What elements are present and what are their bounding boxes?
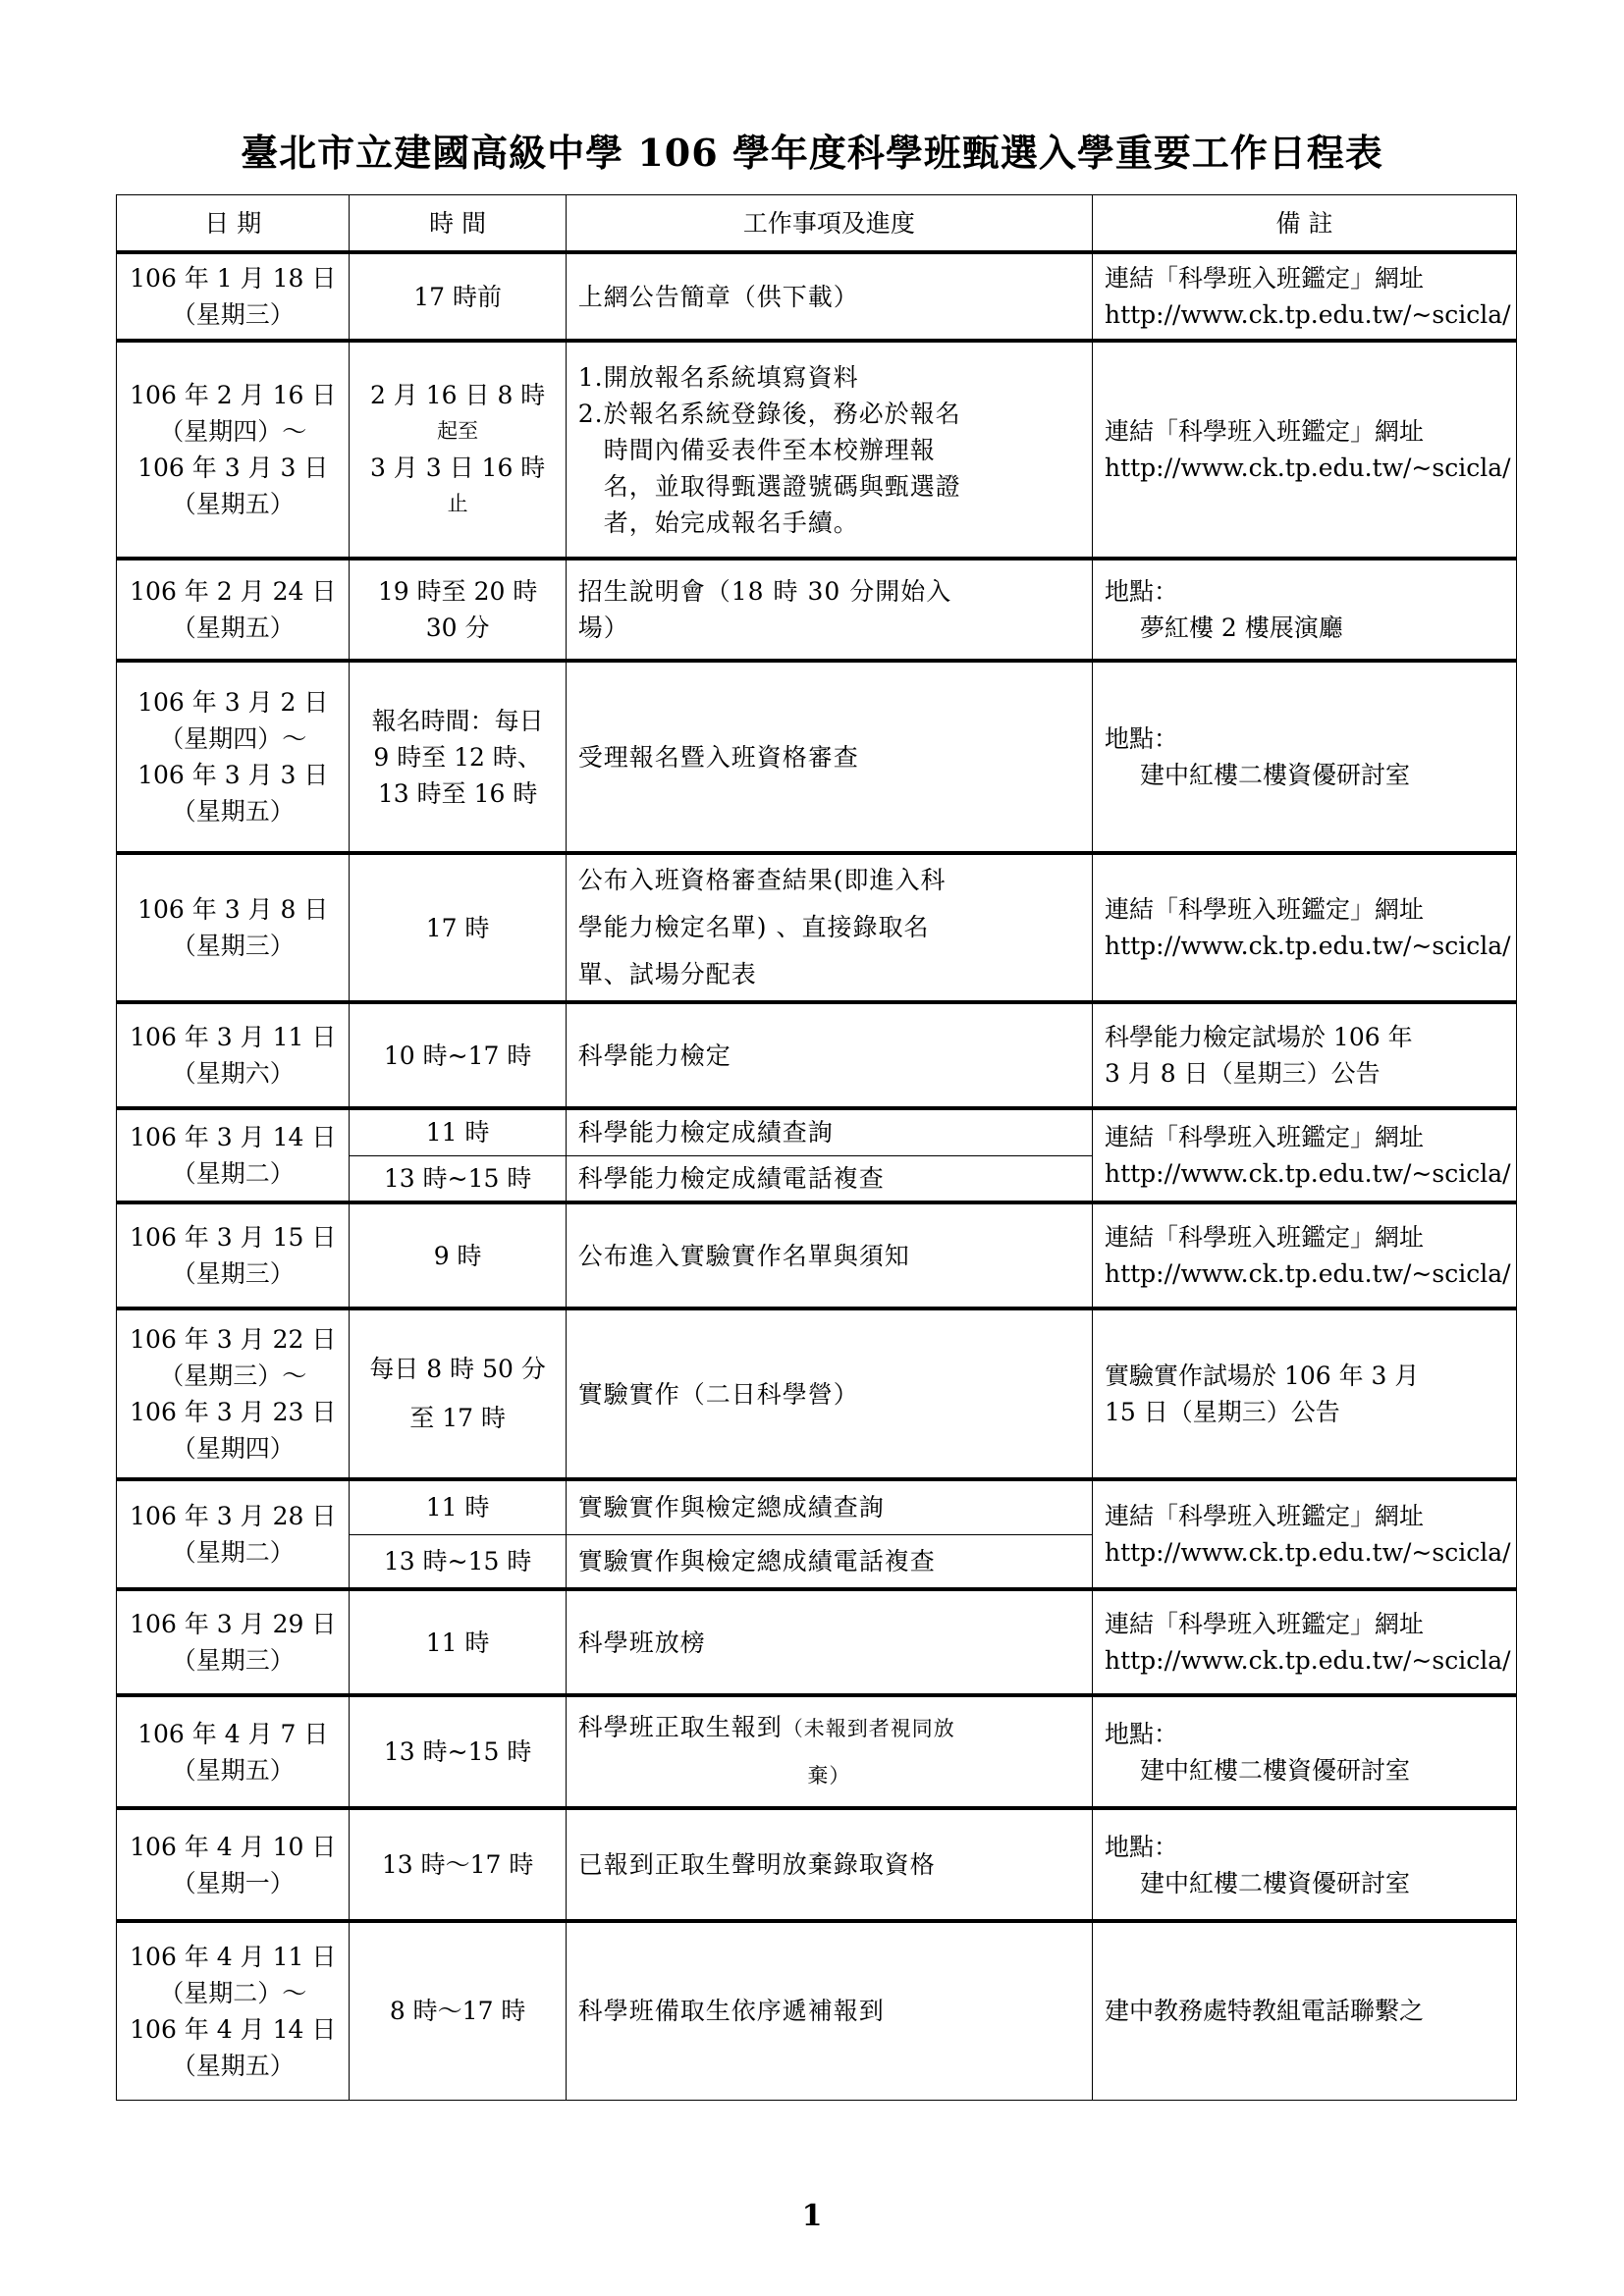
note-line: 15 日（星期三）公告 — [1105, 1394, 1504, 1430]
task-line: 時間內備妥表件至本校辦理報 — [578, 432, 1080, 468]
time-cell: 11 時 — [350, 1479, 566, 1534]
task-cell: 公布入班資格審查結果(即進入科 學能力檢定名單) 、直接錄取名 單、試場分配表 — [566, 853, 1092, 1002]
note-line: 連結「科學班入班鑑定」網址 — [1105, 1219, 1504, 1255]
time-cell: 11 時 — [350, 1589, 566, 1695]
note-cell: 連結「科學班入班鑑定」網址 http://www.ck.tp.edu.tw/~s… — [1092, 1589, 1516, 1695]
note-cell: 連結「科學班入班鑑定」網址 http://www.ck.tp.edu.tw/~s… — [1092, 252, 1516, 341]
date-cell: 106 年 4 月 11 日 （星期二）～ 106 年 4 月 14 日 （星期… — [117, 1921, 350, 2100]
weekday-line: （星期五） — [129, 2048, 337, 2084]
table-row: 106 年 3 月 15 日 （星期三） 9 時 公布進入實驗實作名單與須知 連… — [117, 1202, 1517, 1308]
task-note: 棄） — [578, 1752, 1080, 1799]
note-cell: 連結「科學班入班鑑定」網址 http://www.ck.tp.edu.tw/~s… — [1092, 1202, 1516, 1308]
date-cell: 106 年 3 月 15 日 （星期三） — [117, 1202, 350, 1308]
table-row: 106 年 3 月 8 日 （星期三） 17 時 公布入班資格審查結果(即進入科… — [117, 853, 1517, 1002]
time-cell: 19 時至 20 時 30 分 — [350, 559, 566, 661]
note-line: 連結「科學班入班鑑定」網址 — [1105, 1498, 1504, 1534]
weekday-line: （星期三）～ — [129, 1358, 337, 1394]
task-cell: 公布進入實驗實作名單與須知 — [566, 1202, 1092, 1308]
note-cell: 建中教務處特教組電話聯繫之 — [1092, 1921, 1516, 2100]
time-line: 起至 — [361, 413, 553, 450]
note-cell: 地點： 建中紅樓二樓資優研討室 — [1092, 1695, 1516, 1808]
note-cell: 連結「科學班入班鑑定」網址 http://www.ck.tp.edu.tw/~s… — [1092, 1479, 1516, 1589]
schedule-table: 日 期 時 間 工作事項及進度 備 註 106 年 1 月 18 日 （星期三）… — [116, 194, 1517, 2101]
task-cell: 實驗實作（二日科學營） — [566, 1308, 1092, 1479]
task-cell: 已報到正取生聲明放棄錄取資格 — [566, 1808, 1092, 1921]
task-cell: 科學能力檢定成績電話複查 — [566, 1155, 1092, 1202]
date-cell: 106 年 3 月 11 日 （星期六） — [117, 1002, 350, 1108]
date-line: 106 年 3 月 15 日 — [129, 1219, 337, 1255]
note-line: 連結「科學班入班鑑定」網址 — [1105, 413, 1504, 450]
note-cell: 連結「科學班入班鑑定」網址 http://www.ck.tp.edu.tw/~s… — [1092, 341, 1516, 559]
date-line: 106 年 3 月 8 日 — [129, 891, 337, 928]
task-cell: 招生說明會（18 時 30 分開始入 場） — [566, 559, 1092, 661]
date-line: 106 年 3 月 3 日 — [129, 450, 337, 486]
date-cell: 106 年 2 月 16 日 （星期四）～ 106 年 3 月 3 日 （星期五… — [117, 341, 350, 559]
time-cell: 8 時～17 時 — [350, 1921, 566, 2100]
time-line: 19 時至 20 時 — [361, 573, 553, 610]
date-line: 106 年 2 月 24 日 — [129, 573, 337, 610]
time-line: 13 時至 16 時 — [361, 775, 553, 812]
weekday-line: （星期三） — [129, 1642, 337, 1679]
header-row: 日 期 時 間 工作事項及進度 備 註 — [117, 195, 1517, 253]
date-cell: 106 年 4 月 10 日 （星期一） — [117, 1808, 350, 1921]
table-row: 106 年 3 月 28 日 （星期二） 11 時 實驗實作與檢定總成績查詢 連… — [117, 1479, 1517, 1534]
note-cell: 連結「科學班入班鑑定」網址 http://www.ck.tp.edu.tw/~s… — [1092, 853, 1516, 1002]
time-cell: 13 時～17 時 — [350, 1808, 566, 1921]
weekday-line: （星期三） — [129, 296, 337, 333]
date-line: 106 年 3 月 29 日 — [129, 1606, 337, 1642]
table-row: 106 年 3 月 29 日 （星期三） 11 時 科學班放榜 連結「科學班入班… — [117, 1589, 1517, 1695]
task-cell: 實驗實作與檢定總成績電話複查 — [566, 1534, 1092, 1589]
task-cell: 受理報名暨入班資格審查 — [566, 661, 1092, 853]
table-row: 106 年 4 月 7 日 （星期五） 13 時~15 時 科學班正取生報到（未… — [117, 1695, 1517, 1808]
task-line: 場） — [578, 610, 1080, 646]
header-note: 備 註 — [1092, 195, 1516, 253]
date-line: 106 年 3 月 14 日 — [129, 1119, 337, 1155]
note-url: http://www.ck.tp.edu.tw/~scicla/ — [1105, 928, 1504, 964]
time-line: 止 — [361, 486, 553, 522]
table-row: 106 年 2 月 24 日 （星期五） 19 時至 20 時 30 分 招生說… — [117, 559, 1517, 661]
header-time: 時 間 — [350, 195, 566, 253]
note-url: http://www.ck.tp.edu.tw/~scicla/ — [1105, 296, 1504, 333]
time-cell: 17 時 — [350, 853, 566, 1002]
note-url: http://www.ck.tp.edu.tw/~scicla/ — [1105, 450, 1504, 486]
date-cell: 106 年 3 月 22 日 （星期三）～ 106 年 3 月 23 日 （星期… — [117, 1308, 350, 1479]
table-row: 106 年 4 月 10 日 （星期一） 13 時～17 時 已報到正取生聲明放… — [117, 1808, 1517, 1921]
date-cell: 106 年 3 月 28 日 （星期二） — [117, 1479, 350, 1589]
weekday-line: （星期五） — [129, 1752, 337, 1789]
note-cell: 實驗實作試場於 106 年 3 月 15 日（星期三）公告 — [1092, 1308, 1516, 1479]
table-row: 106 年 2 月 16 日 （星期四）～ 106 年 3 月 3 日 （星期五… — [117, 341, 1517, 559]
task-line: 招生說明會（18 時 30 分開始入 — [578, 573, 1080, 610]
task-cell: 科學能力檢定成績查詢 — [566, 1108, 1092, 1155]
note-cell: 地點： 夢紅樓 2 樓展演廳 — [1092, 559, 1516, 661]
task-line: 單、試場分配表 — [578, 951, 1080, 998]
weekday-line: （星期五） — [129, 486, 337, 522]
task-line: 公布入班資格審查結果(即進入科 — [578, 857, 1080, 904]
weekday-line: （星期二） — [129, 1534, 337, 1571]
table-row: 106 年 3 月 2 日 （星期四）～ 106 年 3 月 3 日 （星期五）… — [117, 661, 1517, 853]
weekday-line: （星期四）～ — [129, 413, 337, 450]
note-line: 連結「科學班入班鑑定」網址 — [1105, 891, 1504, 928]
date-cell: 106 年 1 月 18 日 （星期三） — [117, 252, 350, 341]
table-row: 106 年 3 月 22 日 （星期三）～ 106 年 3 月 23 日 （星期… — [117, 1308, 1517, 1479]
time-cell: 2 月 16 日 8 時 起至 3 月 3 日 16 時 止 — [350, 341, 566, 559]
task-cell: 1.開放報名系統填寫資料 2.於報名系統登錄後，務必於報名 時間內備妥表件至本校… — [566, 341, 1092, 559]
weekday-line: （星期三） — [129, 1255, 337, 1292]
weekday-line: （星期二） — [129, 1155, 337, 1192]
header-task: 工作事項及進度 — [566, 195, 1092, 253]
weekday-line: （星期五） — [129, 793, 337, 829]
task-line: 2.於報名系統登錄後，務必於報名 — [578, 396, 1080, 432]
task-line: 1.開放報名系統填寫資料 — [578, 359, 1080, 396]
note-cell: 連結「科學班入班鑑定」網址 http://www.ck.tp.edu.tw/~s… — [1092, 1108, 1516, 1202]
time-cell: 報名時間：每日 9 時至 12 時、 13 時至 16 時 — [350, 661, 566, 853]
date-cell: 106 年 3 月 14 日 （星期二） — [117, 1108, 350, 1202]
time-cell: 每日 8 時 50 分 至 17 時 — [350, 1308, 566, 1479]
task-line: 科學班正取生報到 — [578, 1713, 783, 1741]
date-line: 106 年 2 月 16 日 — [129, 377, 337, 413]
time-line: 30 分 — [361, 610, 553, 646]
weekday-line: （星期一） — [129, 1865, 337, 1901]
date-cell: 106 年 4 月 7 日 （星期五） — [117, 1695, 350, 1808]
note-line: 連結「科學班入班鑑定」網址 — [1105, 260, 1504, 296]
time-cell: 13 時~15 時 — [350, 1155, 566, 1202]
weekday-line: （星期五） — [129, 610, 337, 646]
table-row: 106 年 3 月 11 日 （星期六） 10 時~17 時 科學能力檢定 科學… — [117, 1002, 1517, 1108]
note-cell: 科學能力檢定試場於 106 年 3 月 8 日（星期三）公告 — [1092, 1002, 1516, 1108]
task-cell: 上網公告簡章（供下載） — [566, 252, 1092, 341]
note-location: 建中紅樓二樓資優研討室 — [1105, 1752, 1504, 1789]
header-date: 日 期 — [117, 195, 350, 253]
date-cell: 106 年 2 月 24 日 （星期五） — [117, 559, 350, 661]
date-line: 106 年 4 月 11 日 — [129, 1939, 337, 1975]
note-url: http://www.ck.tp.edu.tw/~scicla/ — [1105, 1534, 1504, 1571]
note-location: 建中紅樓二樓資優研討室 — [1105, 757, 1504, 793]
note-line: 實驗實作試場於 106 年 3 月 — [1105, 1358, 1504, 1394]
table-row: 106 年 1 月 18 日 （星期三） 17 時前 上網公告簡章（供下載） 連… — [117, 252, 1517, 341]
date-line: 106 年 3 月 2 日 — [129, 684, 337, 721]
date-cell: 106 年 3 月 2 日 （星期四）～ 106 年 3 月 3 日 （星期五） — [117, 661, 350, 853]
table-row: 106 年 4 月 11 日 （星期二）～ 106 年 4 月 14 日 （星期… — [117, 1921, 1517, 2100]
time-cell: 11 時 — [350, 1108, 566, 1155]
note-url: http://www.ck.tp.edu.tw/~scicla/ — [1105, 1642, 1504, 1679]
time-cell: 17 時前 — [350, 252, 566, 341]
table-row: 106 年 3 月 14 日 （星期二） 11 時 科學能力檢定成績查詢 連結「… — [117, 1108, 1517, 1155]
note-url: http://www.ck.tp.edu.tw/~scicla/ — [1105, 1155, 1504, 1192]
note-location: 夢紅樓 2 樓展演廳 — [1105, 610, 1504, 646]
date-cell: 106 年 3 月 29 日 （星期三） — [117, 1589, 350, 1695]
date-line: 106 年 4 月 14 日 — [129, 2011, 337, 2048]
task-line: 者，始完成報名手續。 — [578, 505, 1080, 541]
task-line: 名，並取得甄選證號碼與甄選證 — [578, 468, 1080, 505]
date-line: 106 年 3 月 11 日 — [129, 1019, 337, 1055]
task-cell: 科學班放榜 — [566, 1589, 1092, 1695]
date-line: 106 年 3 月 28 日 — [129, 1498, 337, 1534]
date-cell: 106 年 3 月 8 日 （星期三） — [117, 853, 350, 1002]
task-line: 學能力檢定名單) 、直接錄取名 — [578, 904, 1080, 951]
note-url: http://www.ck.tp.edu.tw/~scicla/ — [1105, 1255, 1504, 1292]
document-title: 臺北市立建國高級中學 106 學年度科學班甄選入學重要工作日程表 — [0, 123, 1624, 177]
date-line: 106 年 1 月 18 日 — [129, 260, 337, 296]
note-label: 地點： — [1105, 573, 1504, 610]
note-label: 地點： — [1105, 721, 1504, 757]
note-line: 連結「科學班入班鑑定」網址 — [1105, 1119, 1504, 1155]
task-note: （未報到者視同放 — [783, 1717, 955, 1740]
weekday-line: （星期六） — [129, 1055, 337, 1092]
weekday-line: （星期四） — [129, 1430, 337, 1467]
note-label: 地點： — [1105, 1716, 1504, 1752]
time-cell: 10 時~17 時 — [350, 1002, 566, 1108]
date-line: 106 年 3 月 23 日 — [129, 1394, 337, 1430]
task-cell: 科學能力檢定 — [566, 1002, 1092, 1108]
time-line: 9 時至 12 時、 — [361, 739, 553, 775]
note-line: 科學能力檢定試場於 106 年 — [1105, 1019, 1504, 1055]
weekday-line: （星期三） — [129, 928, 337, 964]
note-cell: 地點： 建中紅樓二樓資優研討室 — [1092, 1808, 1516, 1921]
weekday-line: （星期二）～ — [129, 1975, 337, 2011]
task-cell: 科學班正取生報到（未報到者視同放 棄） — [566, 1695, 1092, 1808]
time-cell: 13 時~15 時 — [350, 1695, 566, 1808]
note-location: 建中紅樓二樓資優研討室 — [1105, 1865, 1504, 1901]
note-cell: 地點： 建中紅樓二樓資優研討室 — [1092, 661, 1516, 853]
task-cell: 實驗實作與檢定總成績查詢 — [566, 1479, 1092, 1534]
date-line: 106 年 4 月 7 日 — [129, 1716, 337, 1752]
note-line: 連結「科學班入班鑑定」網址 — [1105, 1606, 1504, 1642]
time-cell: 13 時~15 時 — [350, 1534, 566, 1589]
time-cell: 9 時 — [350, 1202, 566, 1308]
page-number: 1 — [0, 2199, 1624, 2233]
time-line: 報名時間：每日 — [361, 703, 553, 739]
date-line: 106 年 3 月 3 日 — [129, 757, 337, 793]
time-line: 每日 8 時 50 分 — [361, 1345, 553, 1394]
weekday-line: （星期四）～ — [129, 721, 337, 757]
task-cell: 科學班備取生依序遞補報到 — [566, 1921, 1092, 2100]
date-line: 106 年 3 月 22 日 — [129, 1321, 337, 1358]
time-line: 至 17 時 — [361, 1394, 553, 1443]
note-line: 3 月 8 日（星期三）公告 — [1105, 1055, 1504, 1092]
note-label: 地點： — [1105, 1829, 1504, 1865]
time-line: 2 月 16 日 8 時 — [361, 377, 553, 413]
time-line: 3 月 3 日 16 時 — [361, 450, 553, 486]
date-line: 106 年 4 月 10 日 — [129, 1829, 337, 1865]
